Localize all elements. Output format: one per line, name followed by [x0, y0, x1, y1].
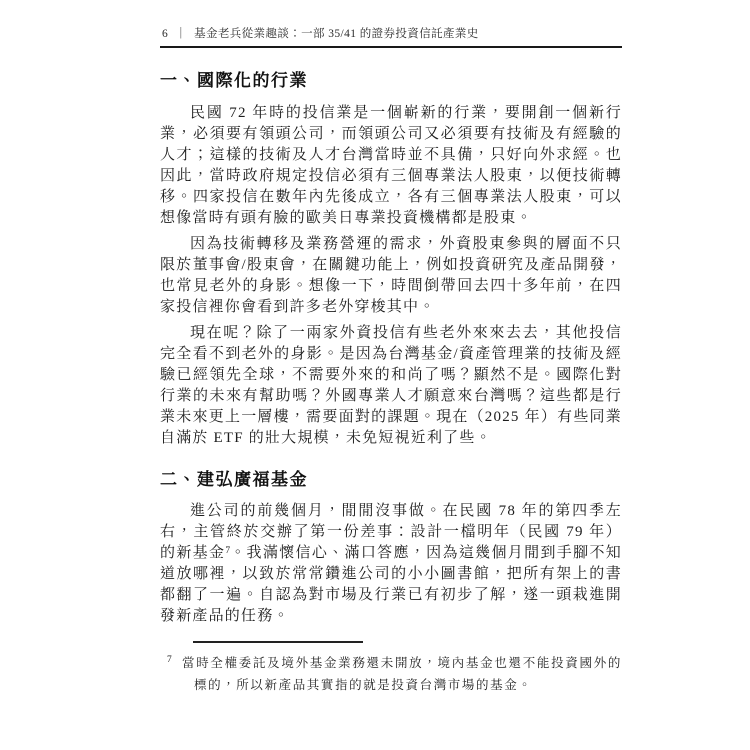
footnote-rule: [193, 641, 363, 643]
header-rule: [160, 46, 622, 48]
running-title: 基金老兵從業趣談：一部 35/41 的證券投資信託產業史: [194, 27, 479, 41]
paragraph: 民國 72 年時的投信業是一個嶄新的行業，要開創一個新行業，必須要有領頭公司，而…: [160, 103, 622, 229]
book-page: 6 ｜ 基金老兵從業趣談：一部 35/41 的證券投資信託產業史 一、國際化的行…: [0, 0, 750, 750]
running-header: 6 ｜ 基金老兵從業趣談：一部 35/41 的證券投資信託產業史: [160, 27, 622, 41]
page-header: 6 ｜ 基金老兵從業趣談：一部 35/41 的證券投資信託產業史: [160, 27, 622, 48]
page-content-column: 6 ｜ 基金老兵從業趣談：一部 35/41 的證券投資信託產業史 一、國際化的行…: [160, 0, 622, 696]
footnote: 7 當時全權委託及境外基金業務還未開放，境內基金也還不能投資國外的標的，所以新產…: [160, 641, 622, 696]
section-heading-2: 二、建弘廣福基金: [160, 469, 622, 490]
section-1-body: 民國 72 年時的投信業是一個嶄新的行業，要開創一個新行業，必須要有領頭公司，而…: [160, 103, 622, 449]
paragraph-text: 。我滿懷信心、滿口答應，因為這幾個月閒到手腳不知道放哪裡，以致於常常鑽進公司的小…: [160, 545, 622, 624]
footnote-text: 當時全權委託及境外基金業務還未開放，境內基金也還不能投資國外的標的，所以新產品其…: [182, 656, 622, 692]
paragraph: 現在呢？除了一兩家外資投信有些老外來來去去，其他投信完全看不到老外的身影。是因為…: [160, 323, 622, 449]
paragraph: 因為技術轉移及業務營運的需求，外資股東參與的層面不只限於董事會/股東會，在關鍵功…: [160, 234, 622, 318]
footnote-marker: 7: [167, 649, 172, 671]
section-heading-1: 一、國際化的行業: [160, 70, 622, 91]
header-divider: ｜: [175, 27, 187, 41]
paragraph: 進公司的前幾個月，閒閒沒事做。在民國 78 年的第四季左右，主管終於交辦了第一份…: [160, 501, 622, 627]
section-2-body: 進公司的前幾個月，閒閒沒事做。在民國 78 年的第四季左右，主管終於交辦了第一份…: [160, 501, 622, 627]
footnote-body: 7 當時全權委託及境外基金業務還未開放，境內基金也還不能投資國外的標的，所以新產…: [160, 652, 622, 696]
page-number: 6: [162, 27, 168, 41]
